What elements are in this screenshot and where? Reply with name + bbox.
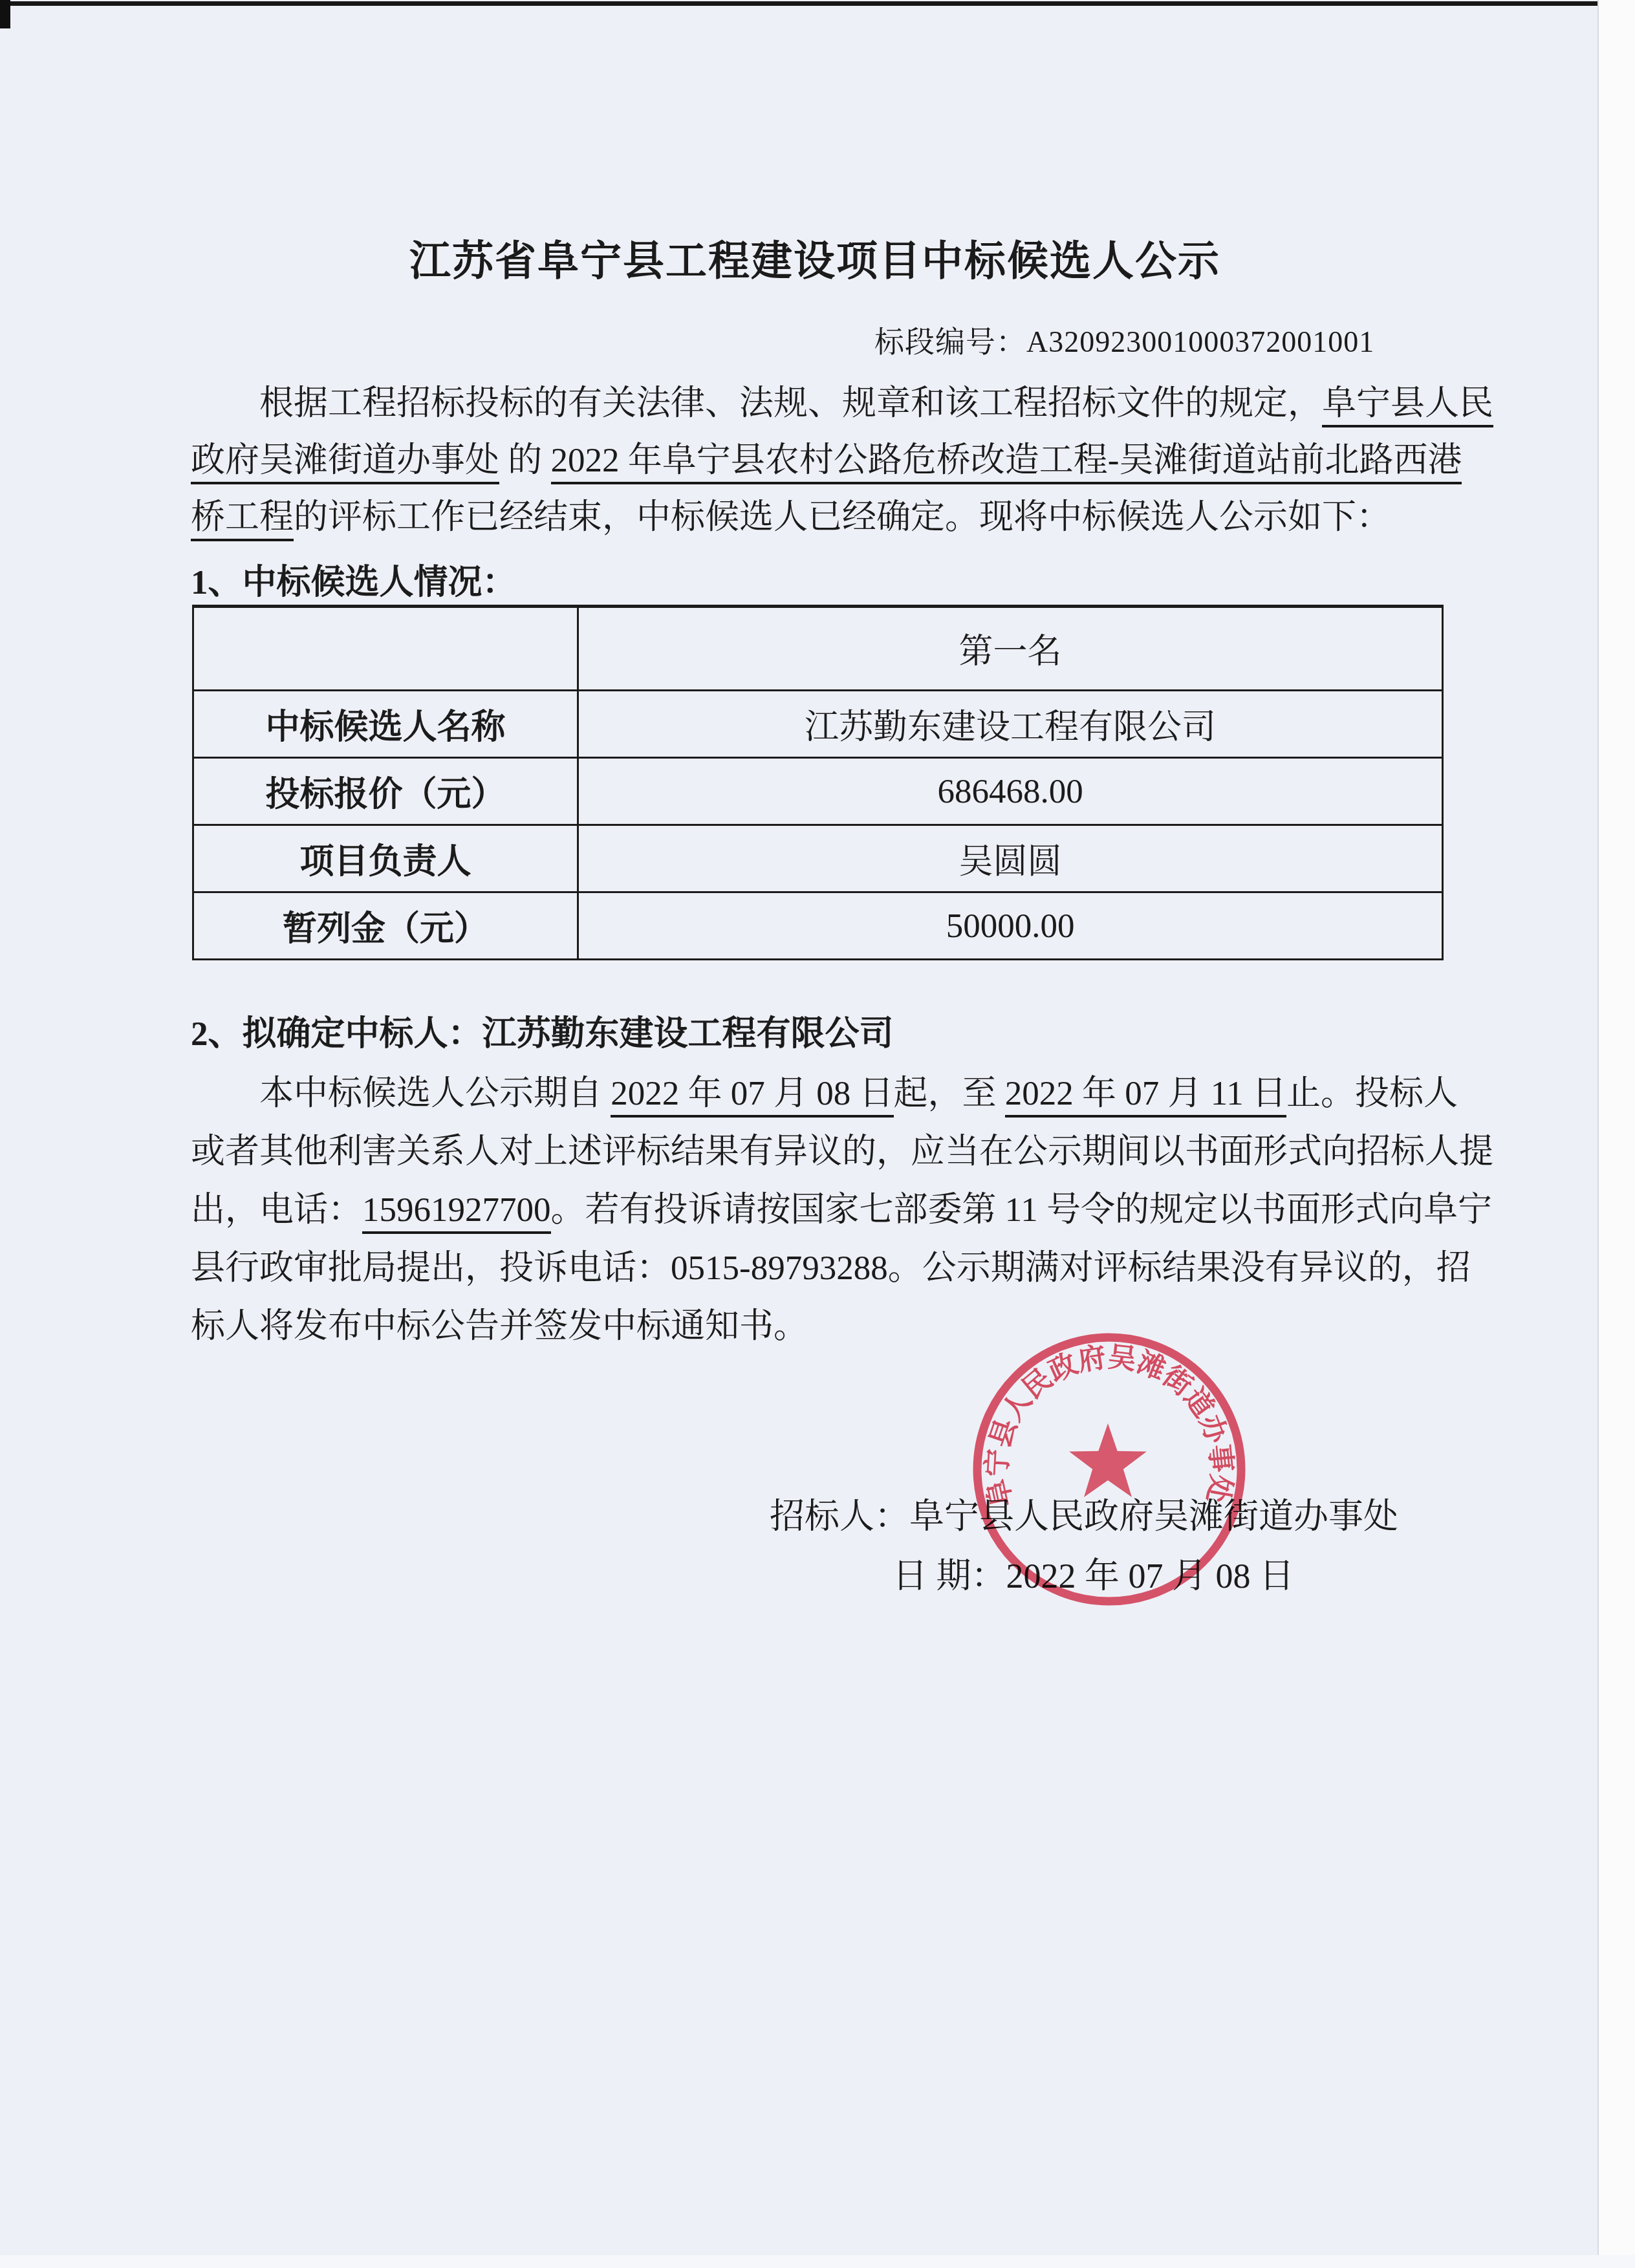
underlined-segment: 15961927700 bbox=[362, 1191, 551, 1234]
rank-header-cell: 第一名 bbox=[578, 607, 1443, 691]
page-title: 江苏省阜宁县工程建设项目中标候选人公示 bbox=[0, 228, 1630, 287]
seal-star-icon bbox=[1069, 1423, 1147, 1497]
paragraph-line: 政府吴滩街道办事处 的 2022 年阜宁县农村公路危桥改造工程-吴滩街道站前北路… bbox=[191, 432, 1555, 489]
paragraph-line: 县行政审批局提出，投诉电话：0515-89793288。公示期满对评标结果没有异… bbox=[191, 1239, 1555, 1297]
scan-corner-mark bbox=[0, 0, 10, 28]
row-label-bid-price: 投标报价（元） bbox=[193, 758, 578, 825]
underlined-segment: 桥工程 bbox=[191, 499, 294, 541]
text-segment: 县行政审批局提出，投诉电话：0515-89793288。公示期满对评标结果没有异… bbox=[191, 1249, 1471, 1287]
table-row: 暂列金（元） 50000.00 bbox=[193, 892, 1443, 960]
paragraph-line: 标人将发布中标公告并签发中标通知书。 bbox=[191, 1297, 1555, 1355]
scan-paper-bottom-edge bbox=[0, 2255, 1635, 2268]
paragraph-line: 桥工程的评标工作已经结束，中标候选人已经确定。现将中标候选人公示如下： bbox=[191, 489, 1555, 546]
underlined-segment: 2022 年阜宁县农村公路危桥改造工程-吴滩街道站前北路西港 bbox=[551, 442, 1462, 484]
scan-paper-right-edge bbox=[1597, 0, 1635, 2268]
table-row: 投标报价（元） 686468.00 bbox=[193, 758, 1443, 825]
text-segment: 根据工程招标投标的有关法律、法规、规章和该工程招标文件的规定， bbox=[259, 385, 1322, 422]
underlined-segment: 政府吴滩街道办事处 bbox=[191, 442, 499, 484]
scanned-notice-page: 江苏省阜宁县工程建设项目中标候选人公示 标段编号：A32092300100037… bbox=[0, 0, 1635, 2268]
scan-top-edge bbox=[0, 1, 1599, 6]
text-segment: 的评标工作已经结束，中标候选人已经确定。现将中标候选人公示如下： bbox=[294, 499, 1391, 536]
paragraph-line: 本中标候选人公示期自 2022 年 07 月 08 日起，至 2022 年 07… bbox=[191, 1064, 1555, 1123]
section-1-heading: 1、中标候选人情况： bbox=[191, 555, 517, 604]
text-segment: 起，至 bbox=[894, 1075, 1005, 1112]
tender-number-label: 标段编号： bbox=[874, 325, 1026, 358]
underlined-segment: 阜宁县人民 bbox=[1322, 385, 1493, 427]
row-label-candidate-name: 中标候选人名称 bbox=[193, 691, 578, 758]
table-row: 中标候选人名称 江苏勤东建设工程有限公司 bbox=[193, 691, 1443, 758]
row-label-provisional-sum: 暂列金（元） bbox=[193, 892, 578, 960]
intro-paragraph: 根据工程招标投标的有关法律、法规、规章和该工程招标文件的规定，阜宁县人民 政府吴… bbox=[191, 375, 1555, 546]
text-segment: 本中标候选人公示期自 bbox=[259, 1075, 611, 1112]
table-header-row: 第一名 bbox=[193, 607, 1443, 691]
row-label-project-manager: 项目负责人 bbox=[193, 825, 578, 892]
project-manager-value: 吴圆圆 bbox=[578, 825, 1443, 892]
text-segment: 出，电话： bbox=[191, 1191, 362, 1229]
table-row: 项目负责人 吴圆圆 bbox=[193, 825, 1443, 892]
underlined-segment: 2022 年 07 月 11 日 bbox=[1005, 1075, 1286, 1118]
text-segment: 。若有投诉请按国家七部委第 11 号令的规定以书面形式向阜宁 bbox=[551, 1191, 1493, 1229]
candidate-name-value: 江苏勤东建设工程有限公司 bbox=[578, 691, 1443, 758]
text-segment: 标人将发布中标公告并签发中标通知书。 bbox=[191, 1308, 808, 1345]
candidate-table: 第一名 中标候选人名称 江苏勤东建设工程有限公司 投标报价（元） 686468.… bbox=[192, 605, 1444, 960]
paragraph-line: 或者其他利害关系人对上述评标结果有异议的，应当在公示期间以书面形式向招标人提 bbox=[191, 1123, 1555, 1181]
paragraph-line: 根据工程招标投标的有关法律、法规、规章和该工程招标文件的规定，阜宁县人民 bbox=[191, 375, 1555, 432]
publicity-period-paragraph: 本中标候选人公示期自 2022 年 07 月 08 日起，至 2022 年 07… bbox=[191, 1064, 1555, 1355]
paragraph-line: 出，电话：15961927700。若有投诉请按国家七部委第 11 号令的规定以书… bbox=[191, 1181, 1555, 1239]
tenderer-signature-line: 招标人：阜宁县人民政府吴滩街道办事处 bbox=[770, 1489, 1398, 1539]
underlined-segment: 2022 年 07 月 08 日 bbox=[611, 1075, 893, 1118]
date-line: 日 期：2022 年 07 月 08 日 bbox=[893, 1548, 1294, 1598]
provisional-sum-value: 50000.00 bbox=[578, 892, 1443, 960]
tender-section-number: 标段编号：A320923001000372001001 bbox=[874, 318, 1374, 361]
text-segment: 止。投标人 bbox=[1286, 1075, 1458, 1112]
seal-curved-text: 阜宁县人民政府吴滩街道办事处 bbox=[981, 1341, 1237, 1510]
text-segment: 的 bbox=[499, 442, 551, 479]
tender-number-value: A320923001000372001001 bbox=[1026, 325, 1374, 358]
section-2-heading: 2、拟确定中标人：江苏勤东建设工程有限公司 bbox=[191, 1006, 894, 1055]
bid-price-value: 686468.00 bbox=[578, 758, 1443, 825]
text-segment: 或者其他利害关系人对上述评标结果有异议的，应当在公示期间以书面形式向招标人提 bbox=[191, 1133, 1493, 1171]
table-corner-cell bbox=[193, 607, 578, 691]
